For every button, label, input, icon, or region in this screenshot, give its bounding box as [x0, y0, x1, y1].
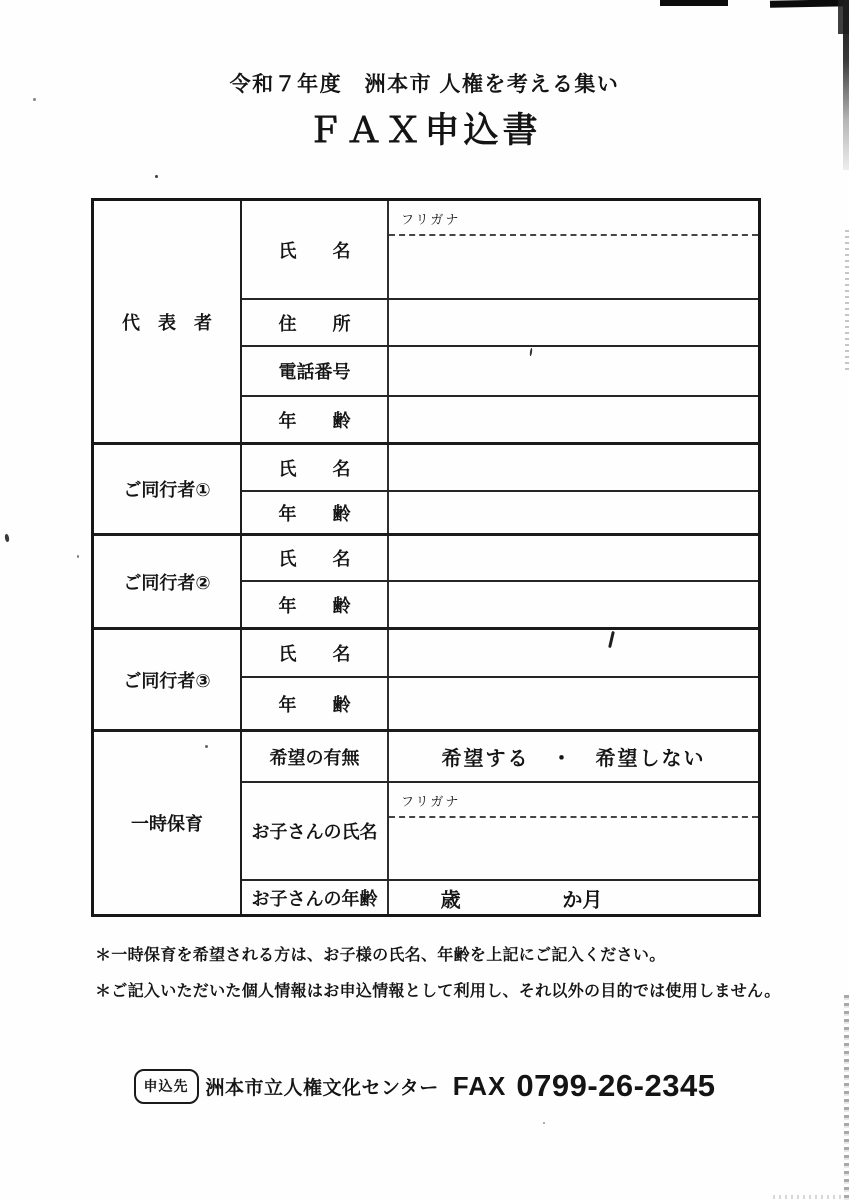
submission-footer: 申込先 洲本市立人権文化センター FAX 0799-26-2345 [0, 1068, 849, 1104]
field-label-name: 氏 名 [242, 536, 389, 580]
input-cell-age [389, 678, 758, 729]
category-cell-companion-1: ご同行者① [94, 445, 242, 533]
input-cell-age [389, 582, 758, 627]
field-label-age: 年 齢 [242, 582, 389, 627]
table-row-name: 氏 名 [242, 445, 758, 490]
table-row-name: 氏 名 [242, 630, 758, 676]
category-cell-companion-3: ご同行者③ [94, 630, 242, 729]
recipient-badge: 申込先 [134, 1069, 199, 1104]
input-cell-name [389, 630, 758, 676]
input-cell-name [389, 445, 758, 490]
input-cell-childcare-choice: 希望する ・ 希望しない [389, 732, 758, 781]
age-unit-years: 歳 [441, 883, 461, 912]
scan-artifact-bottom-right [773, 1195, 843, 1199]
input-cell-name [389, 536, 758, 580]
input-cell-child-age: 歳 か月 [389, 881, 758, 914]
field-label-name: 氏 名 [242, 201, 389, 298]
category-cell-representative: 代 表 者 [94, 201, 242, 442]
form-title: ＦＡＸ申込書 [0, 103, 849, 153]
scan-speckle [33, 98, 36, 101]
field-label-name: 氏 名 [242, 630, 389, 676]
scan-speckle [155, 175, 158, 178]
table-row-age: 年 齢 [242, 490, 758, 533]
field-label-phone: 電話番号 [242, 347, 389, 395]
footnote-childcare: ＊一時保育を希望される方は、お子様の氏名、年齢を上記にご記入ください。 [95, 942, 781, 965]
input-cell-age [389, 492, 758, 533]
scan-artifact-corner [838, 0, 849, 34]
field-label-childcare-choice: 希望の有無 [242, 732, 389, 781]
event-title: 令和７年度 洲本市 人権を考える集い [0, 68, 849, 98]
table-row-age: 年 齢 [242, 580, 758, 627]
scanned-fax-application-form: 令和７年度 洲本市 人権を考える集い ＦＡＸ申込書 代 表 者 氏 名 フリガナ… [0, 0, 849, 1200]
input-cell-phone [389, 347, 758, 395]
category-cell-childcare: 一時保育 [94, 732, 242, 914]
category-cell-companion-2: ご同行者② [94, 536, 242, 627]
table-row-name: 氏 名 フリガナ [242, 201, 758, 298]
table-row-phone: 電話番号 [242, 345, 758, 395]
field-label-age: 年 齢 [242, 678, 389, 729]
field-label-name: 氏 名 [242, 445, 389, 490]
table-row-address: 住 所 [242, 298, 758, 345]
section-companion-2: ご同行者② 氏 名 年 齢 [94, 533, 758, 627]
field-label-address: 住 所 [242, 300, 389, 345]
field-label-age: 年 齢 [242, 397, 389, 442]
input-cell-name: フリガナ [389, 201, 758, 298]
furigana-label: フリガナ [389, 783, 758, 818]
section-representative: 代 表 者 氏 名 フリガナ 住 所 電話番号 年 齢 [94, 201, 758, 442]
footnote-privacy: ＊ご記入いただいた個人情報はお申込情報として利用し、それ以外の目的では使用しませ… [95, 978, 781, 1001]
scan-artifact-top-bar-1 [660, 0, 728, 6]
table-row-childcare-choice: 希望の有無 希望する ・ 希望しない [242, 732, 758, 781]
application-table: 代 表 者 氏 名 フリガナ 住 所 電話番号 年 齢 [91, 198, 761, 917]
table-row-child-name: お子さんの氏名 フリガナ [242, 781, 758, 879]
fax-number: 0799-26-2345 [516, 1068, 715, 1104]
field-label-age: 年 齢 [242, 492, 389, 533]
table-row-name: 氏 名 [242, 536, 758, 580]
input-cell-address [389, 300, 758, 345]
footnotes: ＊一時保育を希望される方は、お子様の氏名、年齢を上記にご記入ください。 ＊ご記入… [95, 942, 781, 1014]
field-label-child-name: お子さんの氏名 [242, 783, 389, 879]
scan-speckle [543, 1122, 545, 1124]
table-row-age: 年 齢 [242, 395, 758, 442]
age-unit-months: か月 [562, 883, 602, 912]
recipient-name: 洲本市立人権文化センター [206, 1073, 439, 1100]
scan-speckle [4, 534, 9, 543]
input-cell-child-name: フリガナ [389, 783, 758, 879]
scan-artifact-top-bar-2 [770, 0, 849, 8]
input-cell-age [389, 397, 758, 442]
furigana-label: フリガナ [389, 201, 758, 236]
field-label-child-age: お子さんの年齢 [242, 881, 389, 914]
section-childcare: 一時保育 希望の有無 希望する ・ 希望しない お子さんの氏名 フリガナ お子さ… [94, 729, 758, 914]
table-row-child-age: お子さんの年齢 歳 か月 [242, 879, 758, 914]
scan-speckle [77, 555, 79, 558]
section-companion-1: ご同行者① 氏 名 年 齢 [94, 442, 758, 533]
fax-label: FAX [453, 1071, 507, 1102]
scan-artifact-right-edge-mid [845, 230, 849, 370]
childcare-choice-options: 希望する ・ 希望しない [389, 732, 758, 781]
table-row-age: 年 齢 [242, 676, 758, 729]
section-companion-3: ご同行者③ 氏 名 年 齢 [94, 627, 758, 729]
